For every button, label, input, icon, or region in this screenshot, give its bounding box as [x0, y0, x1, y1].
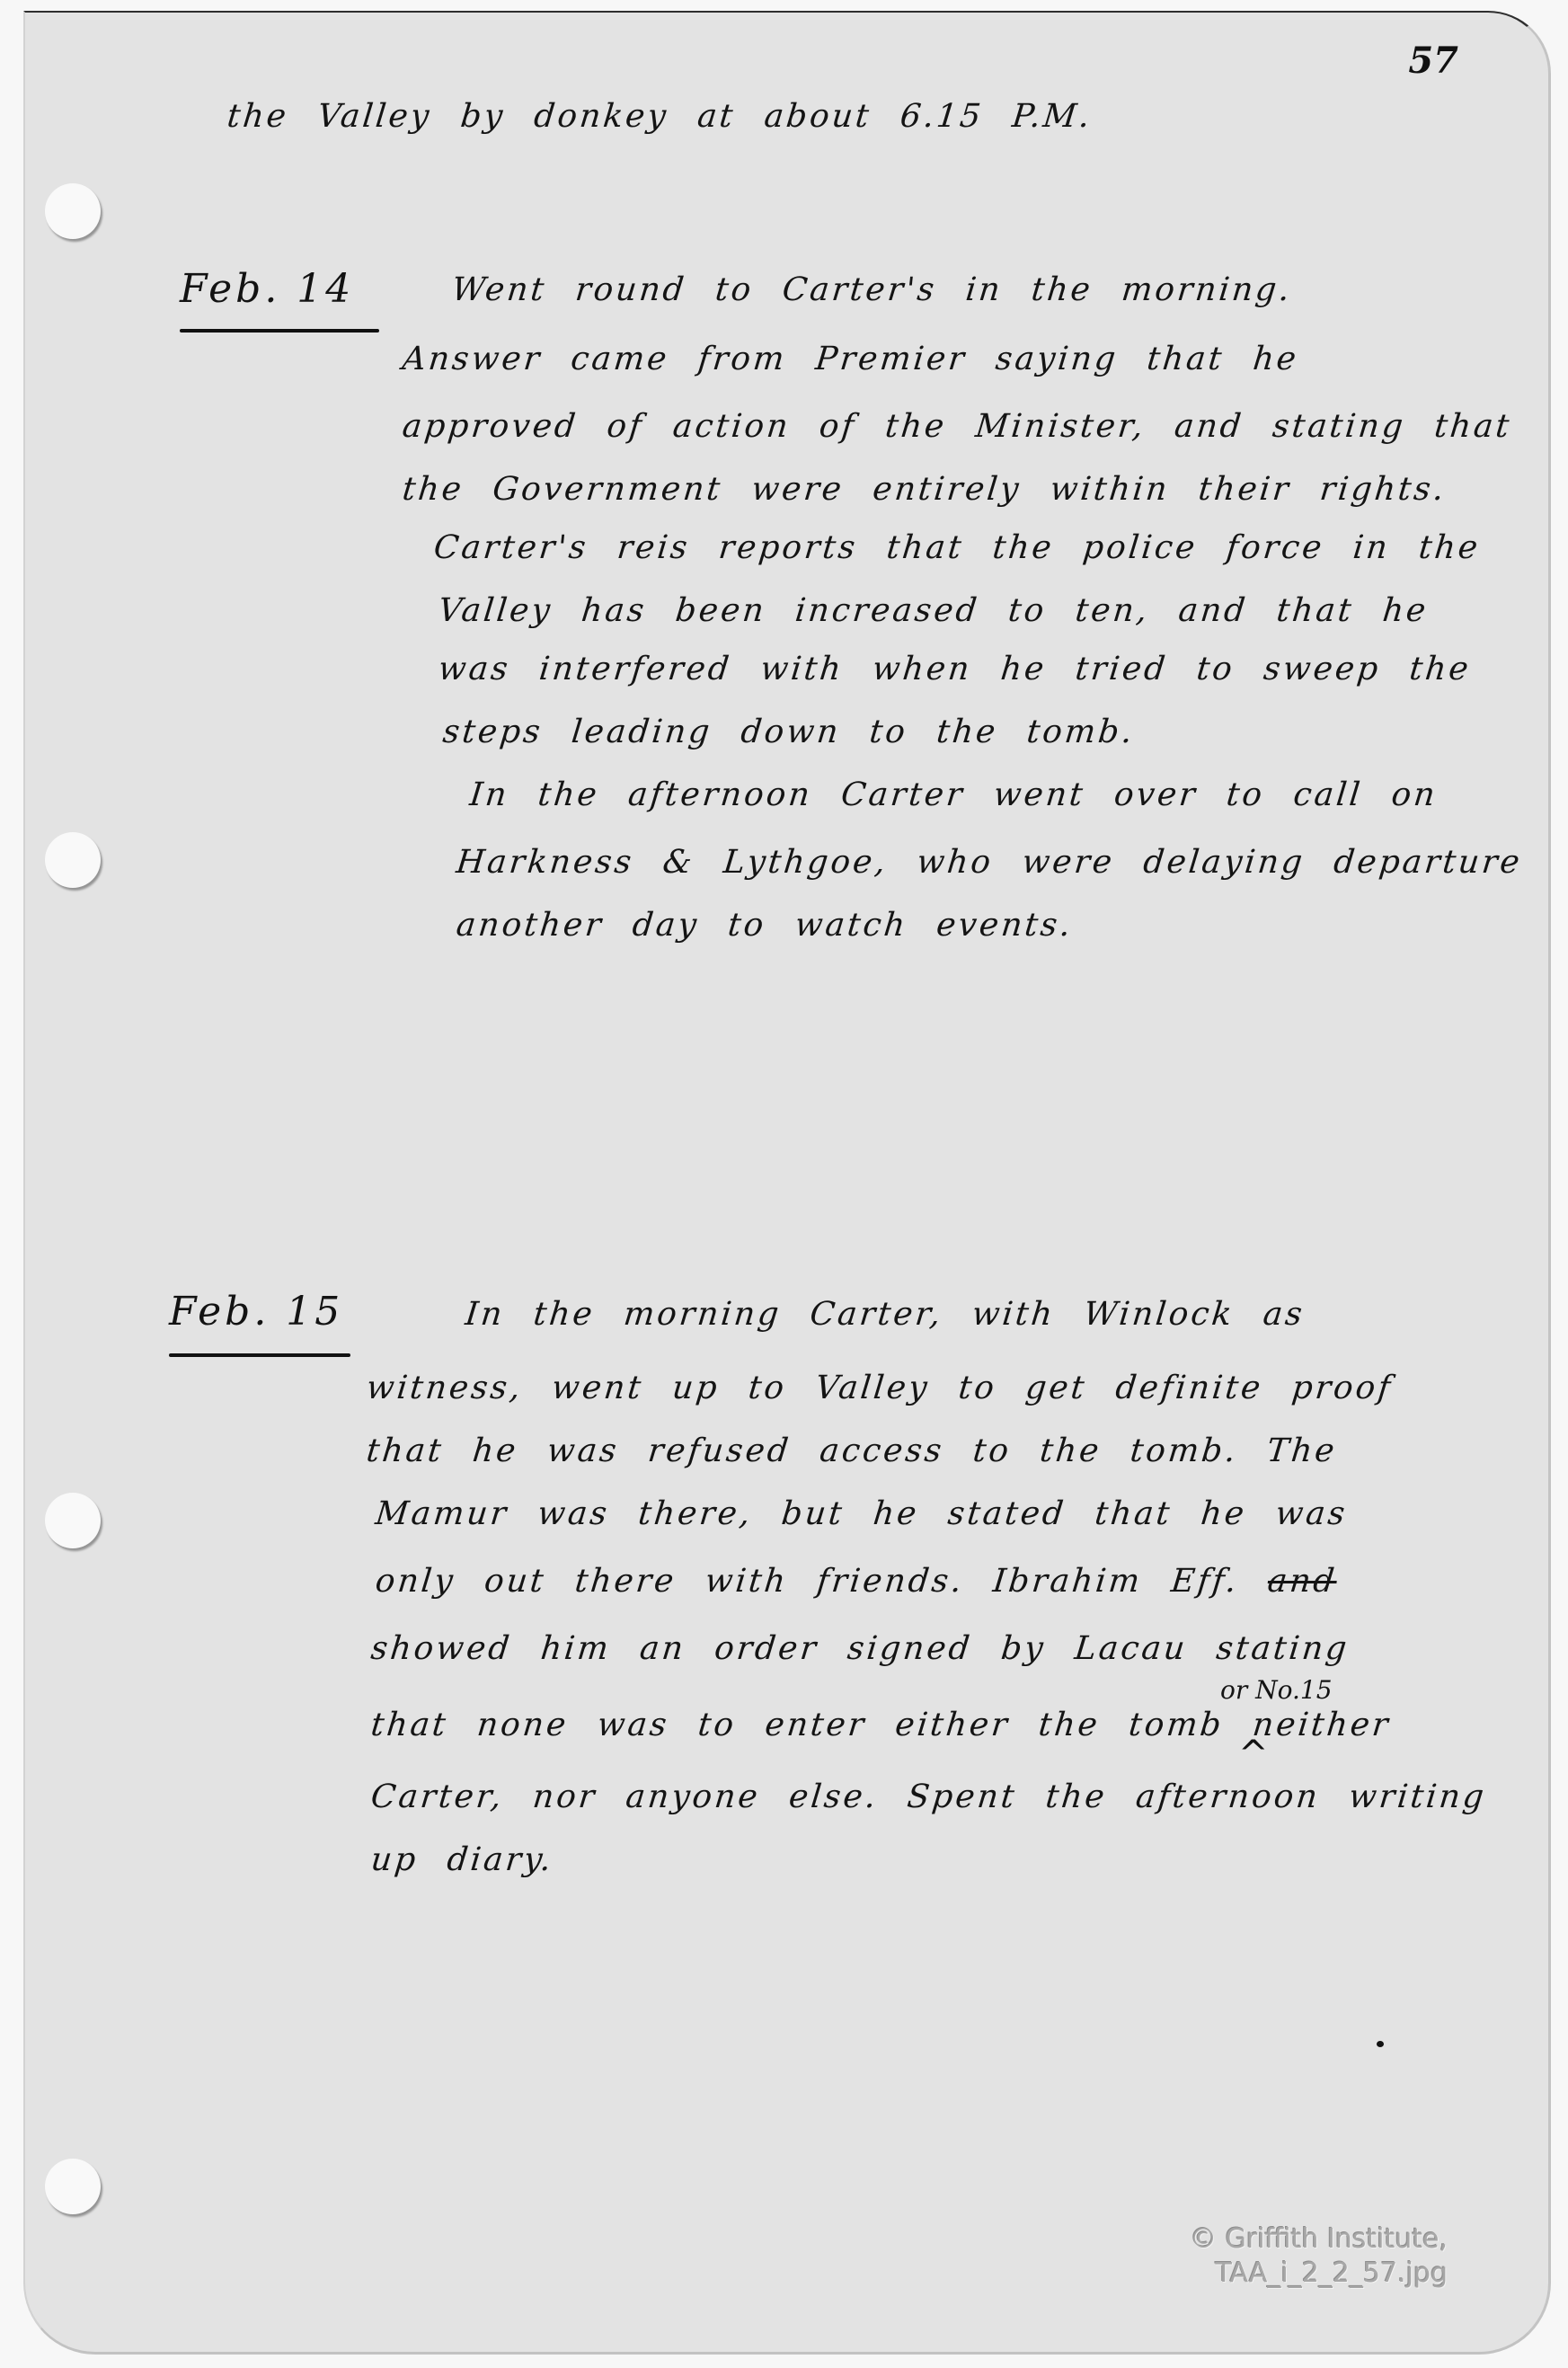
- watermark-line-1: © Griffith Institute,: [1190, 2222, 1448, 2257]
- entry-line: only out there with friends. Ibrahim Eff…: [374, 1563, 1339, 1600]
- entry-line-continuation: neither: [1251, 1707, 1392, 1743]
- punch-hole: [45, 2159, 101, 2214]
- struck-word: and: [1266, 1563, 1339, 1600]
- entry-line: In the afternoon Carter went over to cal…: [468, 776, 1440, 813]
- entry-line: steps leading down to the tomb.: [441, 714, 1137, 750]
- entry-line: was interfered with when he tried to swe…: [437, 651, 1473, 687]
- insertion-caret: ^: [1238, 1734, 1269, 1775]
- date-underline: [169, 1353, 350, 1357]
- entry-line: Answer came from Premier saying that he: [401, 341, 1300, 377]
- entry-line: showed him an order signed by Lacau stat…: [369, 1630, 1351, 1667]
- diary-page: 57 the Valley by donkey at about 6.15 P.…: [23, 11, 1551, 2355]
- date-underline: [180, 329, 379, 333]
- entry-line-text: that none was to enter either the tomb: [369, 1707, 1226, 1743]
- entry-line: Harkness & Lythgoe, who were delaying de…: [455, 844, 1524, 881]
- punch-hole: [45, 183, 101, 239]
- entry-line: approved of action of the Minister, and …: [401, 408, 1513, 445]
- copyright-watermark: © Griffith Institute, TAA_i_2_2_57.jpg: [1190, 2222, 1448, 2291]
- entry-line: witness, went up to Valley to get defini…: [365, 1370, 1395, 1406]
- entry-line: that he was refused access to the tomb. …: [365, 1432, 1339, 1469]
- entry-line: the Government were entirely within thei…: [401, 471, 1448, 508]
- entry-line-text: only out there with friends. Ibrahim Eff…: [374, 1563, 1241, 1600]
- entry-line: up diary.: [369, 1841, 555, 1878]
- page-number: 57: [1408, 40, 1458, 82]
- entry-date: Feb. 15: [169, 1289, 343, 1335]
- punch-hole: [45, 832, 101, 888]
- entry-date: Feb. 14: [180, 266, 354, 312]
- entry-line: Carter's reis reports that the police fo…: [432, 529, 1482, 566]
- ink-blot: [1377, 2041, 1384, 2047]
- entry-line: Went round to Carter's in the morning.: [450, 271, 1294, 308]
- entry-line: Valley has been increased to ten, and th…: [437, 592, 1431, 629]
- inserted-text: or No.15: [1220, 1675, 1333, 1705]
- entry-line: Carter, nor anyone else. Spent the after…: [369, 1778, 1488, 1815]
- punch-hole: [45, 1493, 101, 1548]
- watermark-line-2: TAA_i_2_2_57.jpg: [1190, 2257, 1448, 2291]
- entry-line: Mamur was there, but he stated that he w…: [374, 1495, 1350, 1532]
- entry-line: In the morning Carter, with Winlock as: [464, 1296, 1307, 1333]
- entry-line: another day to watch events.: [455, 907, 1075, 944]
- continuation-line: the Valley by donkey at about 6.15 P.M.: [226, 98, 1094, 135]
